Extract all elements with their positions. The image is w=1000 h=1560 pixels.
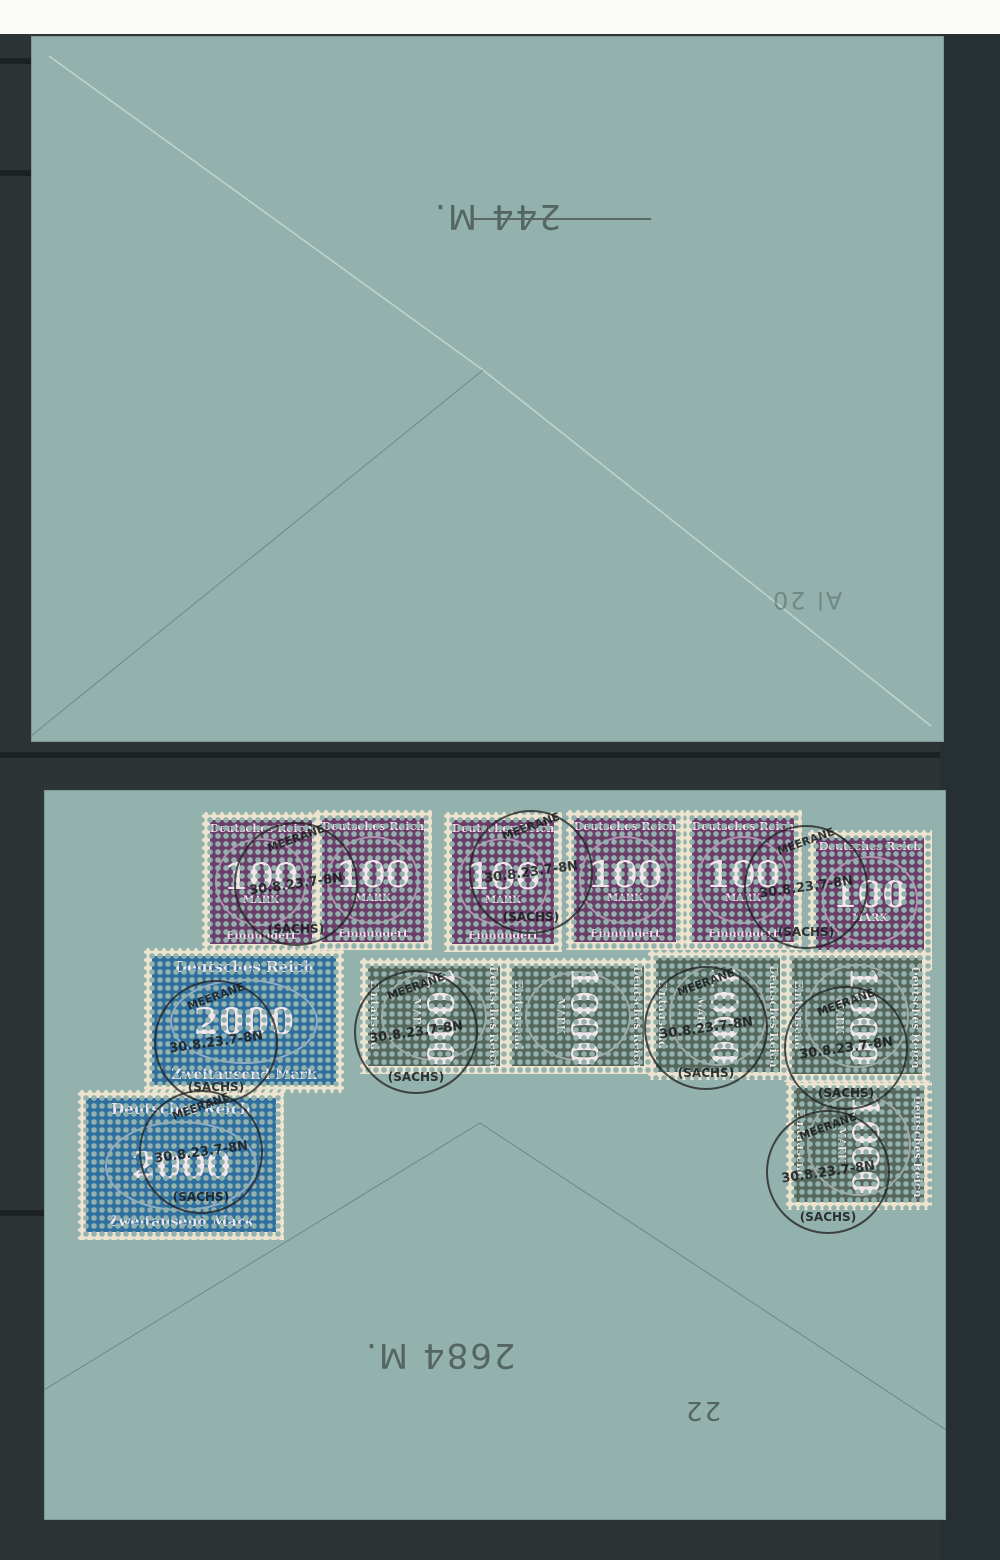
pencil-annotation: 244 M. xyxy=(433,196,561,236)
envelope-back: 244 M. Al 20 xyxy=(31,36,944,742)
pencil-strikethrough xyxy=(471,218,651,220)
postmark: MEERANE30.8.23.7-8N(SACHS) xyxy=(784,986,908,1110)
postmark: MEERANE30.8.23.7-8N(SACHS) xyxy=(469,810,593,934)
scanner-border xyxy=(0,0,1000,34)
album-page-edge xyxy=(940,34,1000,1560)
pencil-annotation-secondary: 22 xyxy=(684,1395,721,1425)
album-rail xyxy=(0,752,1000,758)
pencil-annotation: 2684 M. xyxy=(364,1335,515,1375)
postmark: MEERANE30.8.23.7-8N(SACHS) xyxy=(766,1110,890,1234)
stamp-1000-mark: Deutsches Reich1000MARKEintausend xyxy=(504,958,652,1074)
postmark: MEERANE30.8.23.7-8N(SACHS) xyxy=(354,970,478,1094)
postmark: MEERANE30.8.23.7-8N(SACHS) xyxy=(139,1090,263,1214)
postmark: MEERANE30.8.23.7-8N(SACHS) xyxy=(154,980,278,1104)
envelope-front: 2684 M. 22 Deutsches Reich100MARKEinhund… xyxy=(44,790,946,1520)
postmark: MEERANE30.8.23.7-8N(SACHS) xyxy=(744,825,868,949)
faint-handstamp: Al 20 xyxy=(771,586,842,614)
postmark: MEERANE30.8.23.7-8N(SACHS) xyxy=(644,966,768,1090)
postmark: MEERANE30.8.23.7-8N(SACHS) xyxy=(234,822,358,946)
envelope-flap-lines xyxy=(31,36,944,742)
